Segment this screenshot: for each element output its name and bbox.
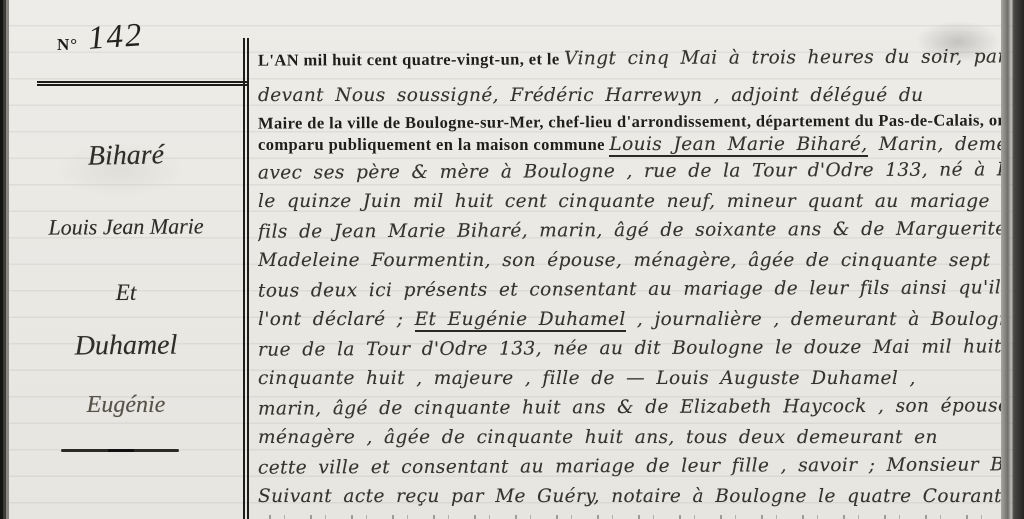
handwritten-text: fils de Jean Marie Biharé, marin, âgé de… — [258, 218, 1003, 242]
page-edge-shadow — [1001, 0, 1024, 519]
handwritten-text: tous deux ici présents et consentant au … — [258, 277, 1003, 302]
printed-text: Maire de la ville de Boulogne-sur-Mer, c… — [258, 110, 1003, 132]
handwritten-text: Marin, demeurant — [868, 134, 1003, 155]
body-line: rue de la Tour d'Odre 133, née au dit Bo… — [258, 336, 1003, 369]
body-line: tous deux ici présents et consentant au … — [258, 277, 1003, 310]
body-line: cette ville et consentant au mariage de … — [258, 454, 1003, 487]
binding-edge — [0, 0, 9, 519]
body-line: Madeleine Fourmentin, son épouse, ménagè… — [258, 250, 1003, 280]
body-text: L'AN mil huit cent quatre-vingt-un, et l… — [258, 48, 1003, 519]
body-line: comparu publiquement en la maison commun… — [258, 134, 1003, 161]
body-line: le quinze Juin mil huit cent cinquante n… — [258, 191, 1003, 221]
body-line: ménagère , âgée de cinquante huit ans, t… — [258, 427, 1003, 457]
handwritten-text: ménagère , âgée de cinquante huit ans, t… — [258, 427, 938, 448]
handwritten-text: cette ville et consentant au mariage de … — [258, 454, 1003, 478]
body-line: avec ses père & mère à Boulogne , rue de… — [258, 159, 1003, 192]
handwritten-text: Et Eugénie Duhamel — [415, 309, 626, 332]
act-number: N° 142 — [57, 22, 138, 59]
printed-text: comparu publiquement en la maison commun… — [258, 135, 609, 154]
margin-conjunction: Et — [9, 280, 243, 306]
handwritten-text: devant Nous soussigné, Frédéric Harrewyn… — [258, 85, 923, 106]
body-line: Suivant acte reçu par Me Guéry, notaire … — [258, 486, 1003, 516]
body-line: l'ont déclaré ; Et Eugénie Duhamel , jou… — [258, 309, 1003, 339]
handwritten-text: marin, âgé de cinquante huit ans & de El… — [258, 395, 1003, 419]
act-number-value: 142 — [87, 17, 145, 58]
column-divider-rule — [243, 38, 250, 519]
margin-bride-surname: Duhamel — [9, 329, 243, 363]
printed-text: L'AN mil huit cent quatre-vingt-un, et l… — [258, 49, 564, 69]
handwritten-text: Madeleine Fourmentin, son épouse, ménagè… — [258, 250, 1003, 271]
handwritten-text: Suivant acte reçu par Me Guéry, notaire … — [258, 486, 1002, 507]
handwritten-text: rue de la Tour d'Odre 133, née au dit Bo… — [258, 336, 1003, 360]
body-line: marin, âgé de cinquante huit ans & de El… — [258, 395, 1003, 428]
margin-underline — [61, 449, 179, 452]
handwritten-text: Louis Jean Marie Biharé, — [609, 134, 867, 157]
margin-divider-rule — [37, 81, 249, 87]
body-line: Maire de la ville de Boulogne-sur-Mer, c… — [258, 110, 1003, 135]
handwritten-text: cinquante huit , majeure , fille de — Lo… — [258, 368, 916, 389]
body-line: L'AN mil huit cent quatre-vingt-un, et l… — [258, 48, 1003, 87]
cutoff-line — [258, 515, 988, 519]
margin-groom-given-names: Louis Jean Marie — [9, 213, 243, 241]
margin-groom-surname: Biharé — [9, 138, 244, 174]
handwritten-text: le quinze Juin mil huit cent cinquante n… — [258, 191, 990, 212]
margin-bride-given-name: Eugénie — [9, 392, 243, 419]
margin-column: N° 142 Biharé Louis Jean Marie Et Duhame… — [9, 0, 243, 519]
handwritten-text: l'ont déclaré ; — [258, 309, 415, 330]
handwritten-text: , journalière , demeurant à Boulogne — [626, 309, 1003, 330]
act-number-label: N° — [57, 35, 78, 54]
handwritten-text: Vingt cinq Mai à trois heures du soir, p… — [564, 48, 1003, 69]
body-line: fils de Jean Marie Biharé, marin, âgé de… — [258, 218, 1003, 251]
register-page: N° 142 Biharé Louis Jean Marie Et Duhame… — [0, 0, 1024, 519]
body-line: cinquante huit , majeure , fille de — Lo… — [258, 368, 1003, 398]
body-line: devant Nous soussigné, Frédéric Harrewyn… — [258, 85, 1003, 112]
handwritten-text: avec ses père & mère à Boulogne , rue de… — [258, 159, 1003, 184]
